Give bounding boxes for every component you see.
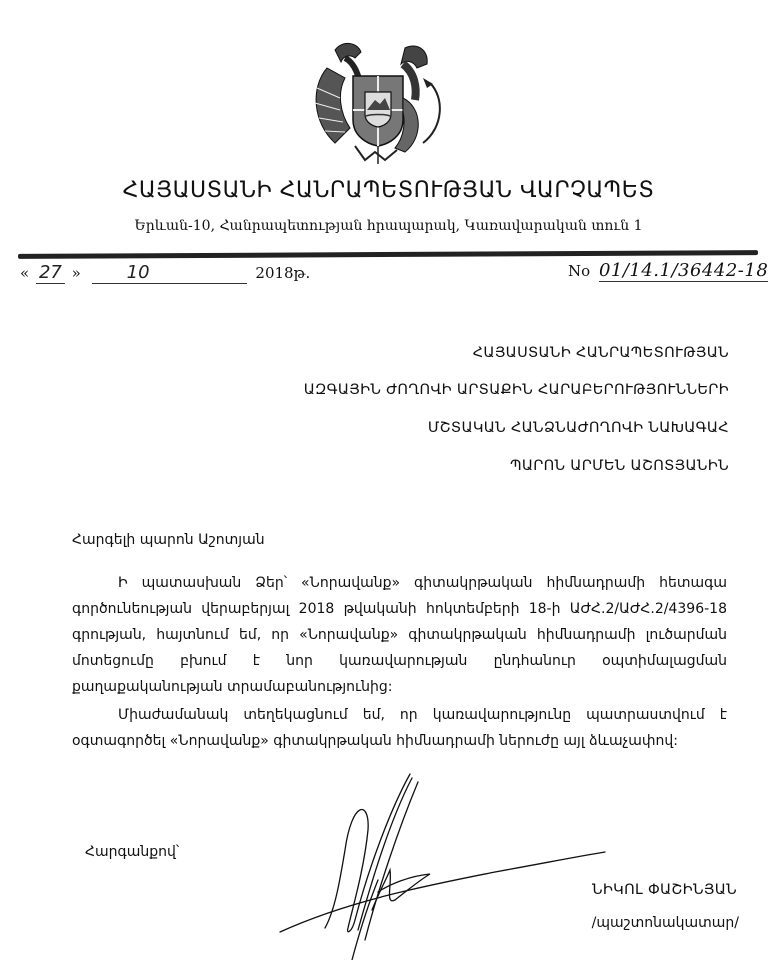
reference-number: No 01/14.1/36442-18: [568, 260, 768, 282]
recipient-line: ՄՇՏԱԿԱՆ ՀԱՆՁՆԱԺՈՂՈՎԻ ՆԱԽԱԳԱՀ: [428, 420, 729, 436]
body-paragraph: Ի պատասխան Ձեր՝ «Նորավանք» գիտակրթական հ…: [72, 570, 727, 700]
recipient-line: ԱԶԳԱՅԻՆ ԺՈՂՈՎԻ ԱՐՏԱՔԻՆ ՀԱՐԱԲԵՐՈՒԹՅՈՒՆՆԵՐ…: [304, 382, 729, 398]
salutation: Հարգելի պարոն Աշոտյան: [72, 532, 265, 548]
reference-value: 01/14.1/36442-18: [599, 260, 768, 282]
date-open-quote: «: [20, 264, 29, 282]
armenia-coat-of-arms-icon: [305, 28, 445, 168]
office-address: Երևան-10, Հանրապետության հրապարակ, Կառավ…: [0, 218, 777, 234]
date-close-quote: »: [72, 264, 81, 282]
handwritten-signature-icon: [260, 760, 620, 960]
recipient-line: ՀԱՅԱՍՏԱՆԻ ՀԱՆՐԱՊԵՏՈՒԹՅԱՆ: [473, 345, 729, 361]
signer-title: /պաշտոնակատար/: [592, 915, 739, 931]
date-year: 2018թ.: [255, 264, 310, 282]
document-date: « 27 » 10 2018թ.: [20, 262, 310, 284]
letterhead-divider: [18, 250, 758, 259]
closing: Հարգանքով՝: [85, 844, 179, 860]
signer-name: ՆԻԿՈԼ ՓԱՇԻՆՅԱՆ: [592, 882, 737, 898]
date-day: 27: [36, 262, 65, 284]
recipient-line: ՊԱՐՈՆ ԱՐՄԵՆ ԱՇՈՏՅԱՆԻՆ: [510, 458, 729, 474]
office-title: ՀԱՅԱՍՏԱՆԻ ՀԱՆՐԱՊԵՏՈՒԹՅԱՆ ՎԱՐՉԱՊԵՏ: [0, 178, 777, 203]
date-month: 10: [92, 262, 247, 284]
body-paragraph: Միաժամանակ տեղեկացնում եմ, որ կառավարութ…: [72, 702, 727, 754]
reference-label: No: [568, 262, 590, 280]
